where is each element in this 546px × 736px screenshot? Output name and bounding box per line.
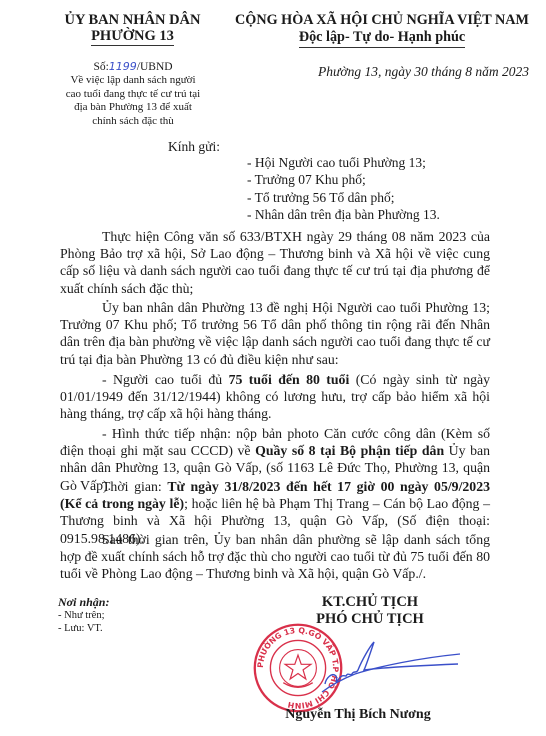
national-header: CỘNG HÒA XÃ HỘI CHỦ NGHĨA VIỆT NAM Độc l… [232,12,532,48]
doc-number-handwritten: 1199 [109,60,137,73]
subject-line: Về việc lập danh sách người [48,74,218,88]
national-motto: Độc lập- Tự do- Hạnh phúc [299,29,465,48]
doc-number-suffix: /UBND [137,61,173,73]
distribution-label: Nơi nhận: [58,596,109,609]
recipient-item: - Tổ trưởng 56 Tổ dân phố; [247,189,440,206]
body-paragraph-1: Thực hiện Công văn số 633/BTXH ngày 29 t… [60,228,490,297]
body-paragraph-criteria: - Người cao tuổi đủ 75 tuổi đến 80 tuổi … [60,371,490,423]
agency-ward: PHƯỜNG 13 [91,28,174,46]
national-name: CỘNG HÒA XÃ HỘI CHỦ NGHĨA VIỆT NAM [232,12,532,29]
handwritten-signature-icon [300,640,462,700]
distribution-list: Nơi nhận: - Như trên; - Lưu: VT. [58,596,109,635]
document-number: Số:1199/UBND [48,60,218,74]
recipient-item: - Nhân dân trên địa bàn Phường 13. [247,206,440,223]
age-range: 75 tuổi đến 80 tuổi [229,372,350,387]
agency-name: ỦY BAN NHÂN DÂN [30,12,235,28]
body-paragraph-2: Ủy ban nhân dân Phường 13 đề nghị Hội Ng… [60,299,490,368]
recipients-list: - Hội Người cao tuổi Phường 13; - Trưởng… [247,154,440,223]
subject-line: địa bàn Phường 13 để xuất [48,101,218,115]
submission-location: Quầy số 8 tại Bộ phận tiếp dân [255,443,444,458]
subject-line: cao tuổi đang thực tế cư trú tại [48,88,218,102]
distribution-item: - Như trên; [58,609,109,622]
body-paragraph-closing: Sau thời gian trên, Ủy ban nhân dân phườ… [60,531,490,583]
recipient-item: - Hội Người cao tuổi Phường 13; [247,154,440,171]
subject-line: chính sách đặc thù [48,115,218,129]
doc-number-prefix: Số: [93,61,108,73]
document-date: Phường 13, ngày 30 tháng 8 năm 2023 [318,64,538,80]
issuing-agency: ỦY BAN NHÂN DÂN PHƯỜNG 13 [30,12,235,46]
recipient-item: - Trưởng 07 Khu phố; [247,171,440,188]
document-subject: Về việc lập danh sách người cao tuổi đan… [48,74,218,128]
recipients-label: Kính gửi: [168,139,220,155]
signer-name: Nguyễn Thị Bích Nương [278,707,438,723]
sign-title-line: KT.CHỦ TỊCH [290,594,450,611]
distribution-item: - Lưu: VT. [58,622,109,635]
